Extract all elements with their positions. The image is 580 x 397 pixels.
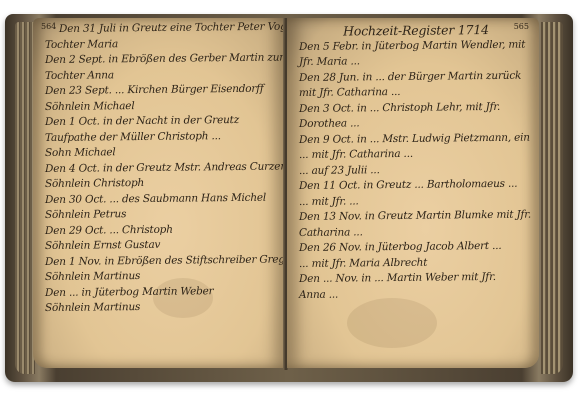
right-page-entries: Hochzeit-Register 1714 Den 5 Febr. in Jü… xyxy=(299,22,533,303)
entry-line: Den ... Nov. in ... Martin Weber mit Jfr… xyxy=(299,270,533,288)
entry-line: Anna ... xyxy=(299,285,533,303)
entry-line: mit Jfr. Catharina ... xyxy=(299,84,533,102)
right-page-edges xyxy=(541,22,563,374)
entry-line: Dorothea ... xyxy=(299,115,533,133)
entry-line: Den 2 Sept. in Ebrößen des Gerber Martin… xyxy=(45,51,279,69)
register-heading: Hochzeit-Register 1714 xyxy=(299,22,533,40)
entry-line: Söhnlein Ernst Gustav xyxy=(45,237,279,255)
entry-line: Sohn Michael xyxy=(45,144,279,162)
entry-line: ... mit Jfr. Catharina ... xyxy=(299,146,533,164)
left-page: 564 Den 31 Juli in Greutz eine Tochter P… xyxy=(33,18,285,368)
entry-line: Den 23 Sept. ... Kirchen Bürger Eisendor… xyxy=(45,82,279,100)
entry-line: Söhnlein Christoph xyxy=(45,175,279,193)
open-register-book: 564 Den 31 Juli in Greutz eine Tochter P… xyxy=(5,12,573,384)
entry-line: Söhnlein Petrus xyxy=(45,206,279,224)
entry-line: Jfr. Maria ... xyxy=(299,53,533,71)
paper-stain xyxy=(347,298,437,348)
entry-line: Söhnlein Martinus xyxy=(45,268,279,286)
entry-line: Den 1 Oct. in der Nacht in der Greutz xyxy=(45,113,279,131)
right-page: 565 Hochzeit-Register 1714 Den 5 Febr. i… xyxy=(287,18,539,368)
entry-line: Den 11 Oct. in Greutz ... Bartholomaeus … xyxy=(299,177,533,195)
entry-line: Den 31 Juli in Greutz eine Tochter Peter… xyxy=(59,20,279,38)
left-page-edges xyxy=(15,22,35,374)
entry-line: Den 13 Nov. in Greutz Martin Blumke mit … xyxy=(299,208,533,226)
entry-line: Söhnlein Martinus xyxy=(45,299,279,317)
left-page-entries: Den 31 Juli in Greutz eine Tochter Peter… xyxy=(45,22,279,317)
entry-line: Den 26 Nov. in Jüterbog Jacob Albert ... xyxy=(299,239,533,257)
